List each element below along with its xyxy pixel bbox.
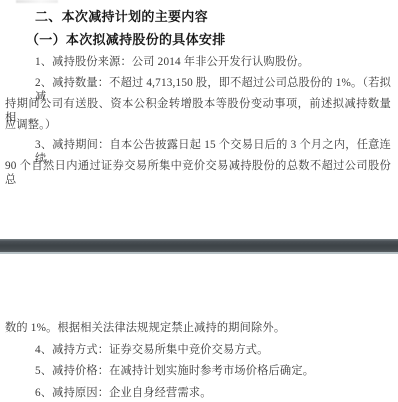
subsection-heading: （一）本次拟减持股份的具体安排 [26, 33, 226, 47]
scan-artifact [16, 0, 58, 3]
paragraph-item6-reason: 6、减持原因：企业自身经营需求。 [35, 386, 212, 400]
paragraph-item2-quantity-line2: 持期间公司有送股、资本公积金转增股本等股份变动事项，前述拟减持数量相 [5, 97, 391, 125]
document-viewer: 二、本次减持计划的主要内容 （一）本次拟减持股份的具体安排 1、减持股份来源：公… [0, 0, 398, 402]
paragraph-item5-price: 5、减持价格：在减持计划实施时参考市场价格后确定。 [35, 364, 314, 378]
paragraph-item3-period-line3: 数的 1%。根据相关法律法规规定禁止减持的期间除外。 [5, 321, 285, 335]
page-separator [0, 239, 398, 254]
paragraph-item2-quantity-line3: 应调整。） [5, 118, 56, 132]
paragraph-item4-method: 4、减持方式：证券交易所集中竞价交易方式。 [35, 343, 269, 357]
paragraph-item3-period-line2: 90 个自然日内通过证券交易所集中竞价交易减持股份的总数不超过公司股份总 [5, 159, 391, 187]
paragraph-item1-source: 1、减持股份来源：公司 2014 年非公开发行认购股份。 [35, 55, 309, 69]
section-heading: 二、本次减持计划的主要内容 [35, 10, 208, 24]
